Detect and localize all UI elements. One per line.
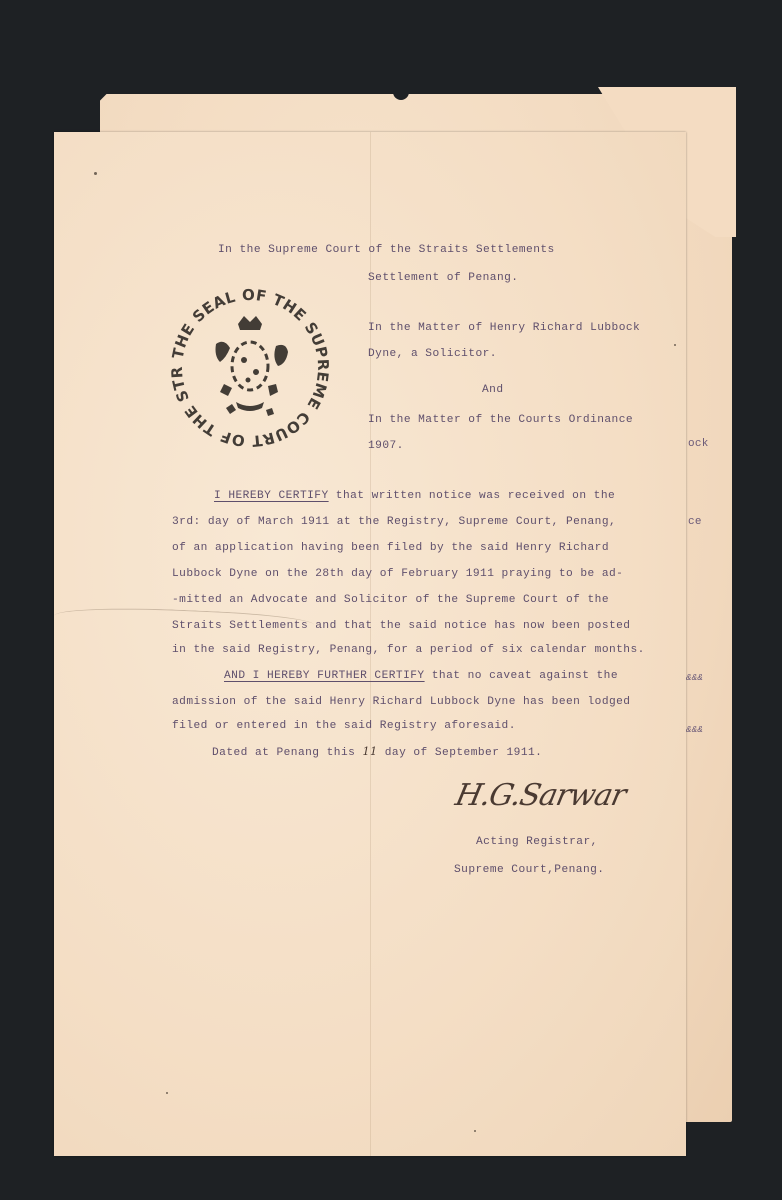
body-line-1: I HEREBY CERTIFY that written notice was… xyxy=(214,484,615,508)
back-page-fragment: &&& xyxy=(686,725,703,735)
body-line-7: in the said Registry, Penang, for a peri… xyxy=(172,638,645,662)
handwritten-day: 11 xyxy=(362,745,377,758)
matter-2-line-2: 1907. xyxy=(368,434,404,458)
body-line-9: admission of the said Henry Richard Lubb… xyxy=(172,690,630,714)
court-seal-icon: THE SEAL OF THE SUPREME COURT OF THE STR… xyxy=(166,284,334,452)
svg-text:THE SEAL OF THE SUPREME COURT: THE SEAL OF THE SUPREME COURT OF THE STR… xyxy=(166,284,332,450)
settlement-heading: Settlement of Penang. xyxy=(368,266,518,290)
signatory-title: Acting Registrar, xyxy=(476,830,598,854)
ink-speck xyxy=(674,344,676,346)
matter-2-line-1: In the Matter of the Courts Ordinance xyxy=(368,408,633,432)
ink-speck xyxy=(166,1092,168,1094)
signatory-office: Supreme Court,Penang. xyxy=(454,858,604,882)
body-line-8: AND I HEREBY FURTHER CERTIFY that no cav… xyxy=(224,664,618,688)
body-line-6: Straits Settlements and that the said no… xyxy=(172,614,630,638)
dated-line: Dated at Penang this 11 day of September… xyxy=(212,740,542,765)
court-heading: In the Supreme Court of the Straits Sett… xyxy=(218,238,555,262)
body-line-2: 3rd: day of March 1911 at the Registry, … xyxy=(172,510,616,534)
further-certify-lead: AND I HEREBY FURTHER CERTIFY xyxy=(224,670,425,682)
body-line-10: filed or entered in the said Registry af… xyxy=(172,714,516,738)
ink-speck xyxy=(474,1130,476,1132)
body-line-5: -mitted an Advocate and Solicitor of the… xyxy=(172,588,609,612)
matter-1-line-2: Dyne, a Solicitor. xyxy=(368,342,497,366)
body-line-4: Lubbock Dyne on the 28th day of February… xyxy=(172,562,623,586)
certify-lead: I HEREBY CERTIFY xyxy=(214,490,329,502)
back-page-fragment: ock xyxy=(688,438,709,450)
matter-conjunction: And xyxy=(482,378,504,402)
registrar-signature: H.G.Sarwar xyxy=(452,778,628,813)
back-page-fragment: &&& xyxy=(686,673,703,683)
body-line-3: of an application having been filed by t… xyxy=(172,536,609,560)
front-page: In the Supreme Court of the Straits Sett… xyxy=(54,132,686,1156)
matter-1-line-1: In the Matter of Henry Richard Lubbock xyxy=(368,316,640,340)
ink-speck xyxy=(94,172,97,175)
back-page-fragment: ce xyxy=(688,516,702,528)
